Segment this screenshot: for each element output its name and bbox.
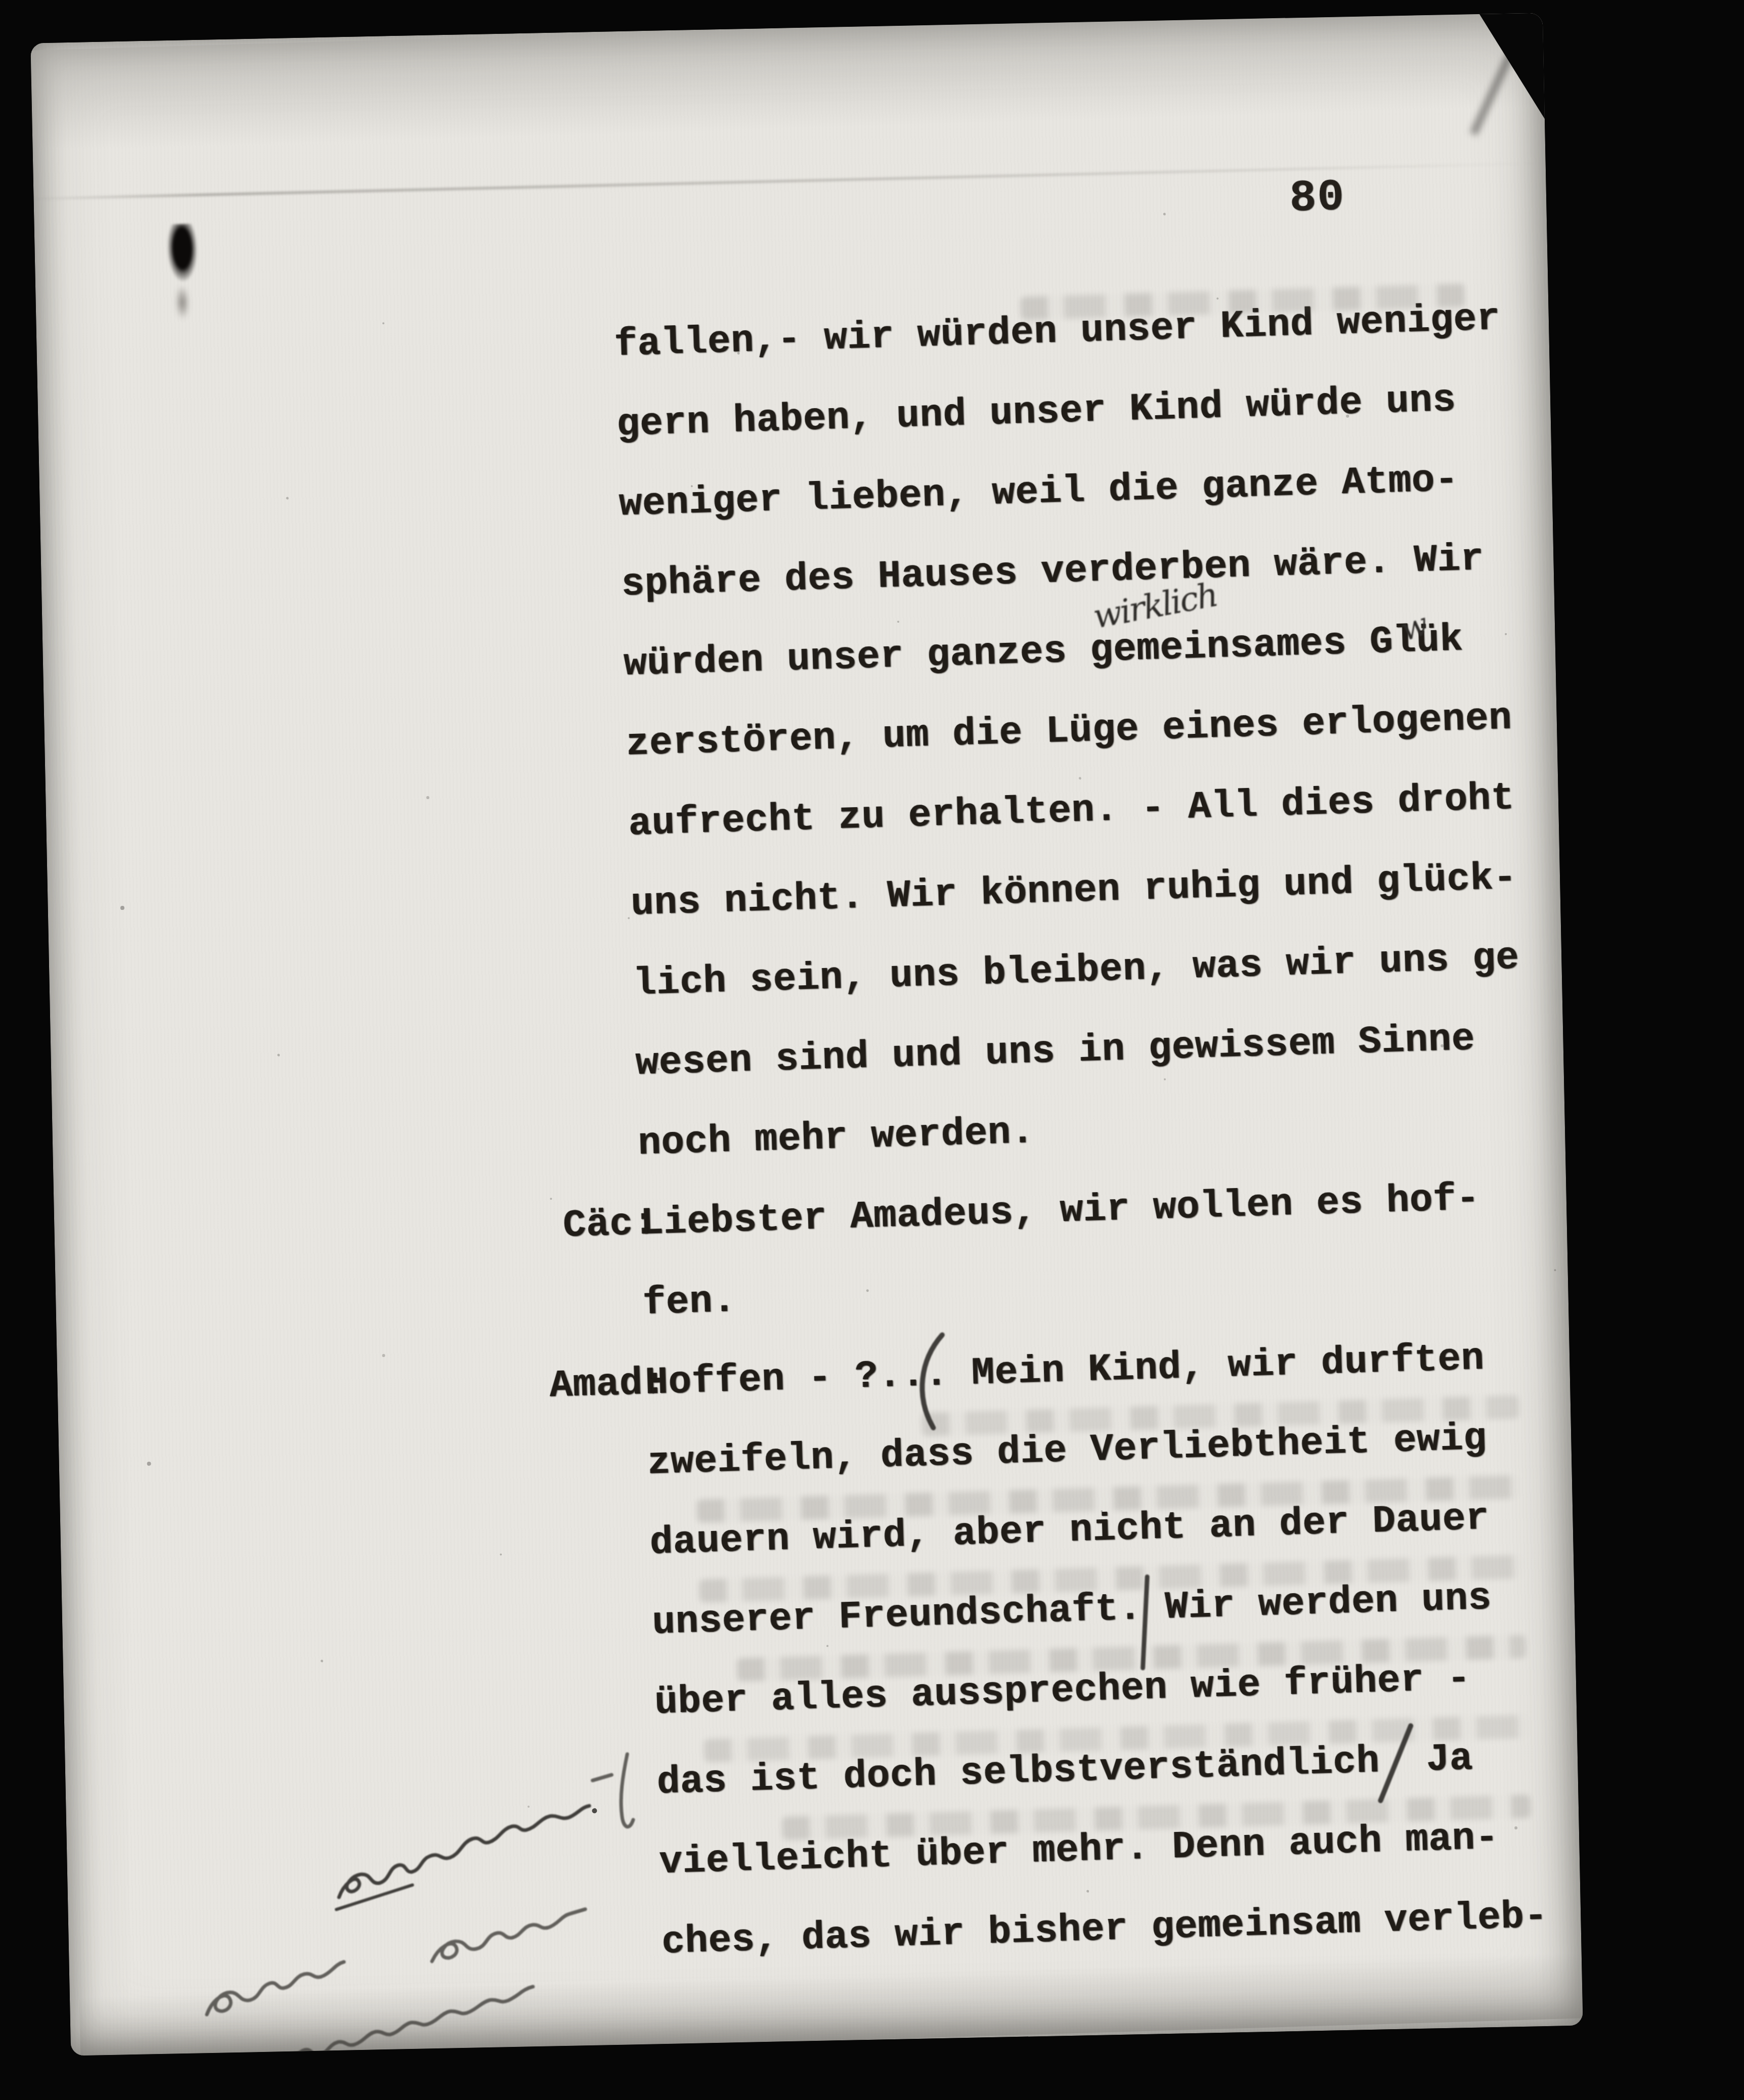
handwritten-divider-stroke-icon [1140,1577,1150,1668]
margin-handwriting-line2a [205,1962,345,2015]
margin-handwriting-line1 [336,1806,592,1897]
margin-handwriting-period [592,1808,597,1813]
handwritten-parenthesis-icon [921,1335,945,1428]
handwritten-annotations: wirklich w [30,13,1583,2055]
handwritten-letter-w-insert: w [1396,605,1433,648]
page-content: 80 fallen,- wir würden unser Kind wenige… [30,13,1583,2055]
handwritten-slash-icon [1378,1726,1413,1801]
typescript-page: 80 fallen,- wir würden unser Kind wenige… [30,13,1583,2055]
handwritten-word-wirklich: wirklich [1090,575,1220,636]
margin-handwriting-line2b [430,1909,587,1961]
margin-handwriting-line3 [242,1987,536,2056]
handwritten-margin-dash-icon [592,1775,612,1780]
handwritten-margin-stroke-icon [620,1754,633,1827]
